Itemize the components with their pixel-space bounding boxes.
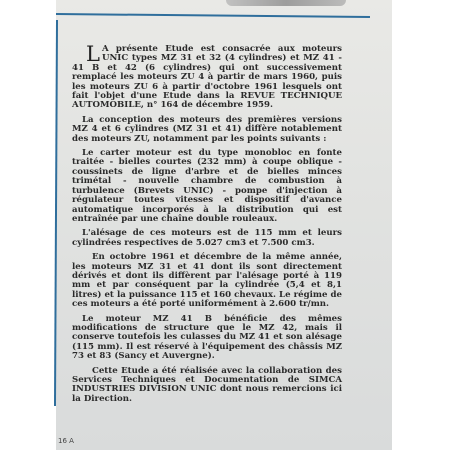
horizontal-blue-rule xyxy=(56,13,370,18)
document-page: LA présente Etude est consacrée aux mote… xyxy=(56,0,392,450)
paragraph-acknowledgement: Cette Etude a été réalisée avec la colla… xyxy=(72,367,342,405)
vertical-blue-rule xyxy=(54,20,58,406)
engine-illustration-fragment xyxy=(226,0,346,6)
drop-cap: L xyxy=(86,45,100,63)
article-body: LA présente Etude est consacrée aux mote… xyxy=(72,45,342,409)
paragraph-intro: LA présente Etude est consacrée aux mote… xyxy=(72,45,342,111)
paragraph-carter: Le carter moteur est du type monobloc en… xyxy=(72,149,342,224)
page-number: 16 A xyxy=(58,437,74,445)
paragraph-conception: La conception des moteurs des premières … xyxy=(72,116,342,144)
paragraph-octobre-1961: En octobre 1961 et décembre de la même a… xyxy=(72,253,342,309)
paragraph-mz41b: Le moteur MZ 41 B bénéficie des mêmes mo… xyxy=(72,315,342,362)
paragraph-alesage: L'alésage de ces moteurs est de 115 mm e… xyxy=(72,229,342,248)
